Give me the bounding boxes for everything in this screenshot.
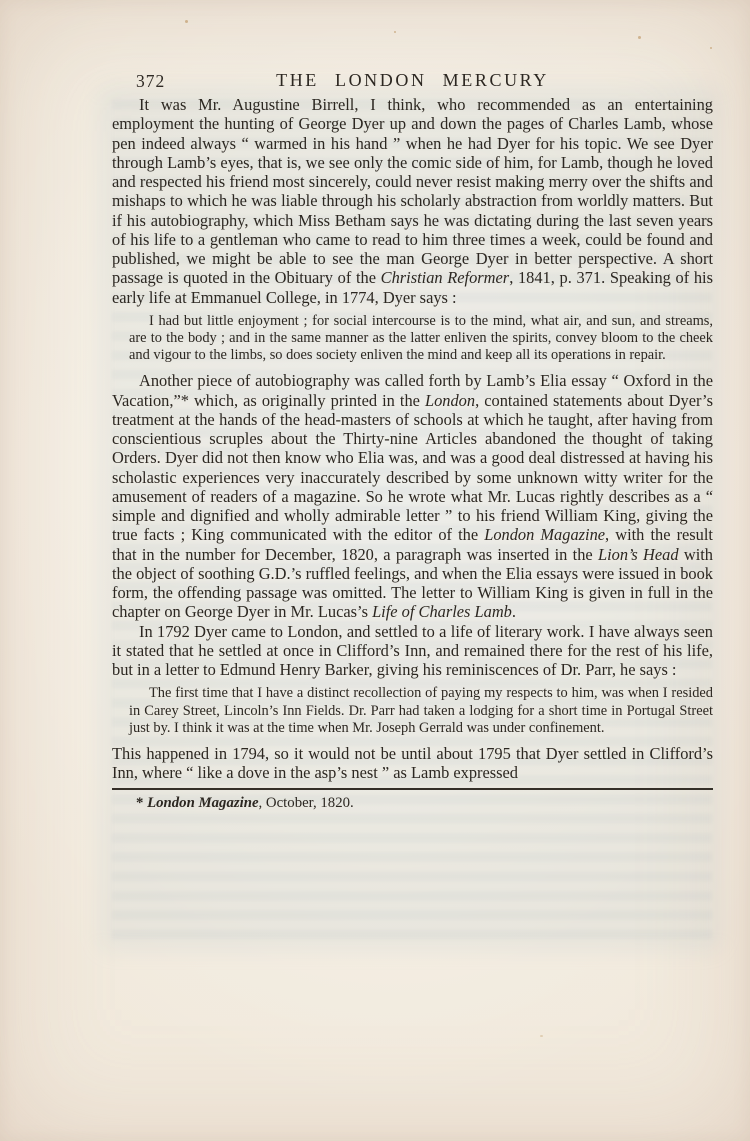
- text-run: , contained statements about Dyer’s trea…: [112, 391, 713, 545]
- text-run: The first time that I have a distinct re…: [129, 685, 713, 735]
- paragraph: This happened in 1794, so it would not b…: [112, 744, 713, 783]
- italic-text: Christian Reformer: [381, 268, 510, 287]
- text-run: , October, 1820.: [259, 795, 354, 811]
- paper-speck: [638, 36, 641, 39]
- text-run: I had but little enjoyment ; for social …: [129, 313, 713, 363]
- text-run: It was Mr. Augustine Birrell, I think, w…: [112, 95, 713, 287]
- running-title: THE LONDON MERCURY: [112, 70, 713, 91]
- paper-speck: [710, 47, 712, 49]
- italic-text: London Magazine: [484, 525, 605, 544]
- text-run: *: [136, 795, 147, 811]
- text-blocks: It was Mr. Augustine Birrell, I think, w…: [112, 95, 713, 782]
- paragraph: It was Mr. Augustine Birrell, I think, w…: [112, 95, 713, 307]
- paper-speck: [394, 31, 396, 33]
- paragraph: Another piece of autobiography was calle…: [112, 371, 713, 621]
- page-header: 372 THE LONDON MERCURY: [112, 70, 713, 94]
- footnote: * London Magazine, October, 1820.: [112, 794, 713, 813]
- italic-text: Life of Charles Lamb: [372, 602, 512, 621]
- scanned-book-page: 372 THE LONDON MERCURY It was Mr. August…: [0, 0, 750, 1141]
- paper-speck: [540, 1035, 543, 1037]
- quote-block: I had but little enjoyment ; for social …: [129, 313, 713, 365]
- paragraph: In 1792 Dyer came to London, and settled…: [112, 622, 713, 680]
- italic-text: London Magazine: [147, 795, 258, 811]
- body-text: It was Mr. Augustine Birrell, I think, w…: [112, 95, 713, 814]
- text-run: This happened in 1794, so it would not b…: [112, 744, 713, 782]
- italic-text: London: [425, 391, 475, 410]
- footnote-rule: [112, 788, 713, 790]
- text-run: In 1792 Dyer came to London, and settled…: [112, 622, 713, 680]
- paper-speck: [185, 20, 188, 23]
- italic-text: Lion’s Head: [598, 545, 679, 564]
- text-run: .: [512, 602, 516, 621]
- quote-block: The first time that I have a distinct re…: [129, 685, 713, 737]
